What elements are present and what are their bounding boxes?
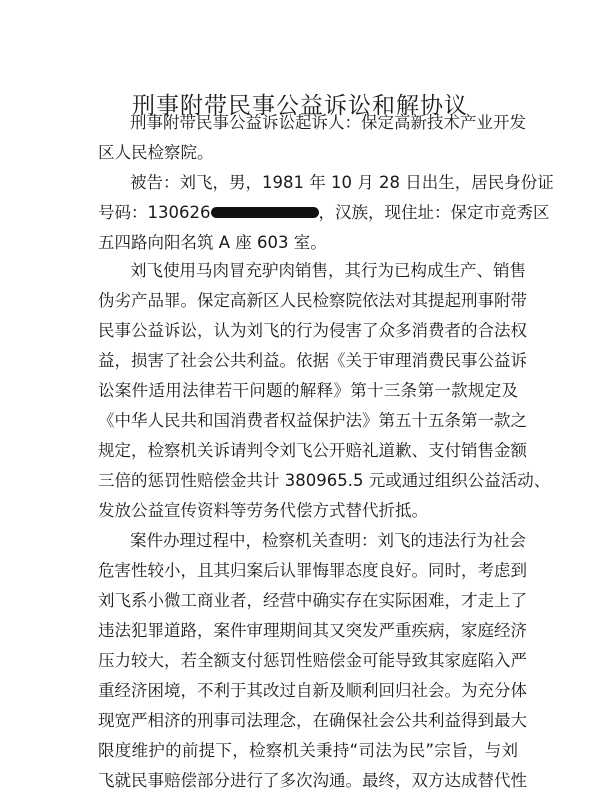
- text-line: 号码：130626，汉族，现住址：保定市竞秀区: [98, 198, 518, 228]
- text-line: 刘飞系小微工商业者，经营中确实存在实际困难，才走上了: [98, 586, 518, 616]
- text-line: 益，损害了社会公共利益。依据《关于审理消费民事公益诉: [98, 346, 518, 376]
- text-line: 三倍的惩罚性赔偿金共计 380965.5 元或通过组织公益活动、: [98, 466, 518, 496]
- text-line: 飞就民事赔偿部分进行了多次沟通。最终，双方达成替代性: [98, 766, 518, 796]
- id-number-prefix: 号码：130626: [98, 203, 211, 222]
- text-line: 压力较大，若全额支付惩罚性赔偿金可能导致其家庭陷入严: [98, 646, 518, 676]
- text-line: 重经济困境，不利于其改过自新及顺利回归社会。为充分体: [98, 676, 518, 706]
- redaction-mark: [211, 207, 319, 218]
- document-page: 刑事附带民事公益诉讼和解协议 刑事附带民事公益诉讼起诉人：保定高新技术产业开发区…: [0, 0, 600, 800]
- text-line: 被告：刘飞，男，1981 年 10 月 28 日出生，居民身份证: [130, 168, 518, 198]
- text-line: 现宽严相济的刑事司法理念，在确保社会公共利益得到最大: [98, 706, 518, 736]
- text-line: 案件办理过程中，检察机关查明：刘飞的违法行为社会: [130, 526, 518, 556]
- text-line: 违法犯罪道路，案件审理期间其又突发严重疾病，家庭经济: [98, 616, 518, 646]
- text-line: 《中华人民共和国消费者权益保护法》第五十五条第一款之: [98, 406, 518, 436]
- text-line: 刘飞使用马肉冒充驴肉销售，其行为已构成生产、销售: [130, 256, 518, 286]
- text-line: 五四路向阳名筑 A 座 603 室。: [98, 228, 518, 258]
- text-line: 区人民检察院。: [98, 138, 518, 168]
- line-text: ，汉族，现住址：保定市竞秀区: [319, 203, 550, 222]
- text-line: 发放公益宣传资料等劳务代偿方式替代折抵。: [98, 496, 518, 526]
- text-line: 刑事附带民事公益诉讼起诉人：保定高新技术产业开发: [130, 108, 518, 138]
- text-line: 危害性较小，且其归案后认罪悔罪态度良好。同时，考虑到: [98, 556, 518, 586]
- text-line: 民事公益诉讼，认为刘飞的行为侵害了众多消费者的合法权: [98, 316, 518, 346]
- text-line: 讼案件适用法律若干问题的解释》第十三条第一款规定及: [98, 376, 518, 406]
- text-line: 伪劣产品罪。保定高新区人民检察院依法对其提起刑事附带: [98, 286, 518, 316]
- text-line: 规定，检察机关诉请判令刘飞公开赔礼道歉、支付销售金额: [98, 436, 518, 466]
- text-line: 限度维护的前提下，检察机关秉持“司法为民”宗旨，与刘: [98, 736, 518, 766]
